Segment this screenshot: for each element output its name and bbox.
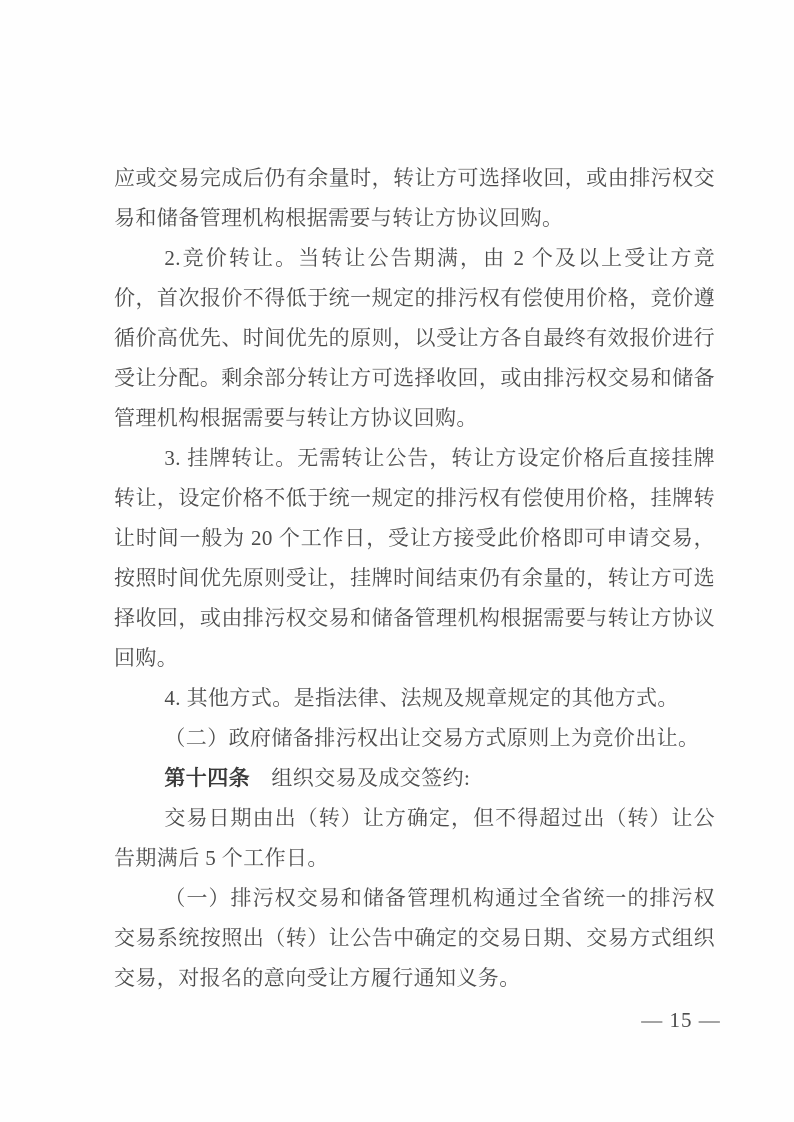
paragraph-text: 2.竞价转让。当转让公告期满，由 2 个及以上受让方竞价，首次报价不得低于统一规… [114, 246, 715, 430]
paragraph-continuation: 应或交易完成后仍有余量时，转让方可选择收回，或由排污权交易和储备管理机构根据需要… [114, 158, 715, 238]
page-number: — 15 — [628, 1005, 734, 1035]
paragraph-text: （一）排污权交易和储备管理机构通过全省统一的排污权交易系统按照出（转）让公告中确… [114, 886, 715, 990]
paragraph-government-reserve: （二）政府储备排污权出让交易方式原则上为竞价出让。 [114, 718, 715, 758]
paragraph-trade-organization: （一）排污权交易和储备管理机构通过全省统一的排污权交易系统按照出（转）让公告中确… [114, 878, 715, 998]
document-body: 应或交易完成后仍有余量时，转让方可选择收回，或由排污权交易和储备管理机构根据需要… [114, 158, 715, 998]
paragraph-text: 应或交易完成后仍有余量时，转让方可选择收回，或由排污权交易和储备管理机构根据需要… [114, 166, 715, 230]
document-page: 应或交易完成后仍有余量时，转让方可选择收回，或由排污权交易和储备管理机构根据需要… [0, 0, 794, 1122]
article-14-heading: 第十四条 组织交易及成交签约: [114, 758, 715, 798]
paragraph-text: 4. 其他方式。是指法律、法规及规章规定的其他方式。 [164, 686, 678, 710]
article-number: 第十四条 [164, 766, 250, 790]
paragraph-trade-date: 交易日期由出（转）让方确定，但不得超过出（转）让公告期满后 5 个工作日。 [114, 798, 715, 878]
paragraph-listing-transfer: 3. 挂牌转让。无需转让公告，转让方设定价格后直接挂牌转让，设定价格不低于统一规… [114, 438, 715, 678]
paragraph-bidding-transfer: 2.竞价转让。当转让公告期满，由 2 个及以上受让方竞价，首次报价不得低于统一规… [114, 238, 715, 438]
paragraph-other-methods: 4. 其他方式。是指法律、法规及规章规定的其他方式。 [114, 678, 715, 718]
paragraph-text: 3. 挂牌转让。无需转让公告，转让方设定价格后直接挂牌转让，设定价格不低于统一规… [114, 446, 715, 670]
paragraph-text: 交易日期由出（转）让方确定，但不得超过出（转）让公告期满后 5 个工作日。 [114, 806, 715, 870]
paragraph-text: （二）政府储备排污权出让交易方式原则上为竞价出让。 [164, 726, 699, 750]
article-title: 组织交易及成交签约: [250, 766, 470, 790]
